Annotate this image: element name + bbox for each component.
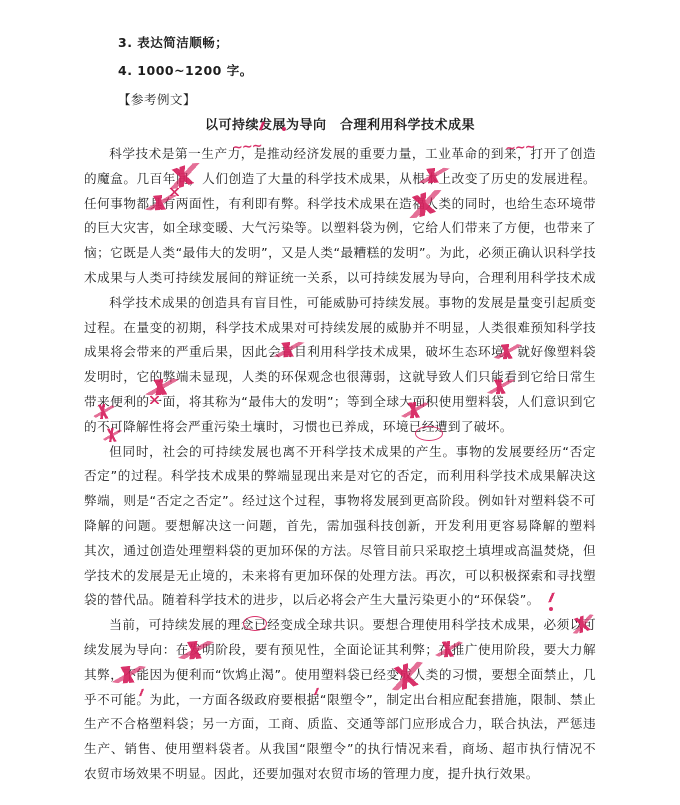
essay-line: 学技术的发展是无止境的，未来将有更加环保的处理方法。再次，可以积极探索和寻找塑料 [84, 564, 596, 589]
reference-essay-marker: 【参考例文】 [118, 90, 196, 108]
requirement-item-3: 3. 表达简洁顺畅； [118, 33, 228, 51]
essay-line: 但同时，社会的可持续发展也离不开科学技术成果的产生。事物的发展要经历“否定之 [84, 440, 596, 465]
essay-title: 以可持续发展为导向 合理利用科学技术成果 [0, 114, 680, 133]
essay-line: 带来便利的一面，将其称为“最伟大的发明”；等到全球大面积使用塑料袋，人们意识到它 [84, 390, 596, 415]
essay-line: 的魔盒。几百年间，人们创造了大量的科学技术成果，从根本上改变了历史的发展进程。但 [84, 167, 596, 192]
essay-line: 的巨大灾害，如全球变暖、大气污染等。以塑料袋为例，它给人们带来了方便，也带来了烦 [84, 216, 596, 241]
essay-line: 科学技术成果的创造具有盲目性，可能威胁可持续发展。事物的发展是量变引起质变的 [84, 291, 596, 316]
essay-line: 的不可降解性将会严重污染土壤时，习惯也已养成，环境已经遭到了破坏。 [84, 415, 596, 440]
scanned-document-page: 3. 表达简洁顺畅； 4. 1000~1200 字。 【参考例文】 以可持续发展… [0, 0, 680, 805]
essay-line: 否定”的过程。科学技术成果的弊端显现出来是对它的否定，而利用科学技术成果解决这种 [84, 464, 596, 489]
essay-line: 恼；它既是人类“最伟大的发明”，又是人类“最糟糕的发明”。为此，必须正确认识科学… [84, 241, 596, 266]
essay-body: 科学技术是第一生产力，是推动经济发展的重要力量，工业革命的到来，打开了创造力的魔… [84, 142, 596, 787]
essay-line: 过程。在量变的初期，科学技术成果对可持续发展的威胁并不明显，人类很难预知科学技术 [84, 316, 596, 341]
essay-line: 其弊，不能因为便利而“饮鸩止渴”。使用塑料袋已经变成人类的习惯，要想全面禁止，几 [84, 663, 596, 688]
essay-line: 当前，可持续发展的理念已经变成全球共识。要想合理使用科学技术成果，必须以可持 [84, 613, 596, 638]
essay-line: 生产不合格塑料袋；另一方面，工商、质监、交通等部门应形成合力，联合执法，严惩违法 [84, 712, 596, 737]
essay-line: 科学技术是第一生产力，是推动经济发展的重要力量，工业革命的到来，打开了创造力 [84, 142, 596, 167]
essay-line: 袋的替代品。随着科学技术的进步，以后必将会产生大量污染更小的“环保袋”。 [84, 588, 596, 613]
essay-line: 降解的问题。要想解决这一问题，首先，需加强科技创新，开发利用更容易降解的塑料袋。 [84, 514, 596, 539]
essay-line: 弊端，则是“否定之否定”。经过这个过程，事物将发展到更高阶段。例如针对塑料袋不可 [84, 489, 596, 514]
essay-line: 农贸市场效果不明显。因此，还要加强对农贸市场的管理力度，提升执行效果。 [84, 762, 596, 787]
essay-line: 术成果与人类可持续发展间的辩证统一关系，以可持续发展为导向，合理利用科学技术成果… [84, 266, 596, 291]
essay-line: 发明时，它的弊端未显现，人类的环保观念也很薄弱，这就导致人们只能看到它给日常生活 [84, 365, 596, 390]
essay-line: 乎不可能。为此，一方面各级政府要根据“限塑令”，制定出台相应配套措施，限制、禁止 [84, 688, 596, 713]
requirement-item-4: 4. 1000~1200 字。 [118, 61, 253, 79]
essay-line: 成果将会带来的严重后果，因此会盲目利用科学技术成果，破坏生态环境。就好像塑料袋刚 [84, 340, 596, 365]
essay-line: 生产、销售、使用塑料袋者。从我国“限塑令”的执行情况来看，商场、超市执行情况不错… [84, 737, 596, 762]
essay-line: 其次，通过创造处理塑料袋的更加环保的方法。尽管目前只采取挖土填埋或高温焚烧，但科 [84, 539, 596, 564]
essay-line: 续发展为导向：在发明阶段，要有预见性，全面论证其利弊；在推广使用阶段，要大力解决 [84, 638, 596, 663]
essay-line: 任何事物都具有两面性，有利即有弊。科学技术成果在造福人类的同时，也给生态环境带来 [84, 192, 596, 217]
